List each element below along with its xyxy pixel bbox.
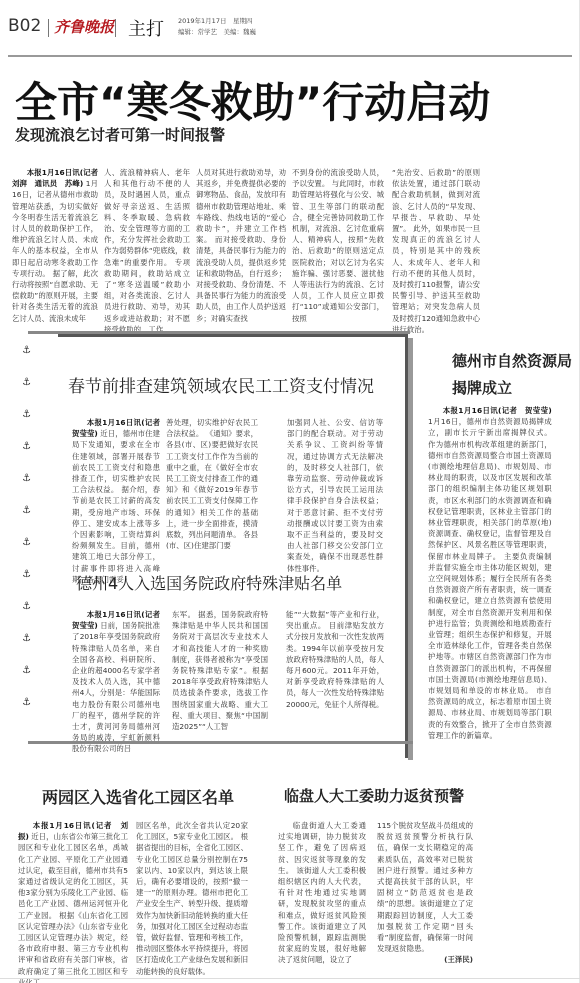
box-story-1-headline: 春节前排查建筑领域农民工工资支付情况 (68, 372, 374, 397)
clip-icon: ⚓ (22, 473, 34, 485)
box-bottom-rule (28, 741, 413, 744)
clip-icon: ⚓ (22, 537, 34, 549)
bottom-right-byline: (王泽民) (377, 954, 473, 965)
clip-icon: ⚓ (22, 409, 34, 421)
clip-icon: ⚓ (22, 569, 34, 581)
bottom-left-column-1: 本报1月16日讯(记者 刘振) 近日，山东省公布第三批化工园区和专业化工园区名单… (18, 820, 128, 983)
bottom-right-headline: 临盘人大工委助力返贫预警 (284, 785, 464, 806)
clip-icon: ⚓ (22, 633, 34, 645)
lead-column-4: 不到身份的流浪受助人员，予以安置。 与此同时，市救助管理站将强化与公安、城管、卫… (292, 167, 384, 324)
header-divider (48, 19, 49, 37)
lead-subheadline: 发现流浪乞讨者可第一时间报警 (15, 124, 225, 145)
bottom-right-column-2: 115个脱贫攻坚战斗员组成的脱贫返贫预警分析执行队伍，确保一支长期稳定的高素质队… (377, 820, 473, 966)
clip-icon: ⚓ (22, 665, 34, 677)
section-name: 主打 (128, 15, 164, 41)
box-story-2-column-3: 能”“大数据”等产业和行业，突出重点。 目前津贴发放方式分按月发放和一次性发放两… (286, 609, 384, 710)
page-bottom-rule (0, 978, 580, 979)
clip-icon: ⚓ (22, 505, 34, 517)
lead-column-1: 本报1月16日讯(记者 刘湃 通讯员 苏峰) 1月16日，记者从德州市救助管理站… (12, 167, 98, 324)
newspaper-page: B02 齐鲁晚报 主打 2019年1月17日 星期四 编辑：常学艺 美编：魏巍 … (0, 0, 580, 983)
header-meta: 2019年1月17日 星期四 编辑：常学艺 美编：魏巍 (178, 16, 256, 38)
lead-column-5: “先治安、后救助”的原则依法处置，通过部门联动配合救助机制，做到对流浪、乞讨人员… (392, 167, 480, 335)
bottom-left-headline: 两园区入选省化工园区名单 (42, 785, 234, 808)
bottom-left-column-2: 园区名单，此次全省共认定20家化工园区，5家专业化工园区。 根据省提出的目标，全… (136, 820, 248, 977)
box-story-2-column-2: 东军。 据悉，国务院政府特殊津贴是中华人民共和国国务院对于高层次专业技术人才和高… (172, 609, 268, 732)
side-story-dateline: 本报1月16日讯(记者 贺莹莹) (443, 406, 552, 415)
header-rule (8, 55, 572, 57)
lead-headline: 全市“寒冬救助”行动启动 (15, 70, 490, 130)
side-story-body: 本报1月16日讯(记者 贺莹莹) 1月16日，德州市自然资源局揭牌成立，副市长亓… (428, 405, 552, 741)
date-line: 2019年1月17日 星期四 (178, 16, 256, 27)
editor-line: 编辑：常学艺 美编：魏巍 (178, 27, 256, 38)
page-number: B02 (8, 16, 41, 36)
margin-clip-icons: ⚓ ⚓ ⚓ ⚓ ⚓ ⚓ ⚓ ⚓ ⚓ ⚓ ⚓ ⚓ (22, 345, 38, 729)
header-divider (115, 19, 116, 37)
clip-icon: ⚓ (22, 601, 34, 613)
masthead-logo: 齐鲁晚报 (54, 16, 114, 37)
box-story-1-column-1: 本报1月16日讯(记者 贺莹莹) 近日，德州市住建局下发通知，要求在全市住建领域… (72, 417, 160, 585)
clip-icon: ⚓ (22, 377, 34, 389)
box-story-1-column-2: 善处理，切实维护好农民工合法权益。 《通知》要求，各县(市、区)要把做好农民工工… (166, 417, 258, 551)
box-top-rule (28, 331, 410, 334)
lead-column-3: 人员对其进行救助劝导，劝其返乡，并免费提供必要的御寒物品、食品，发放印有德州市救… (196, 167, 286, 324)
clip-icon: ⚓ (22, 697, 34, 709)
box-shadow (408, 338, 413, 760)
box-story-1-column-3: 加强同人社、公安、信访等部门的配合联动。对于劳动关系争议、工资纠纷等情况，通过协… (287, 417, 383, 574)
box-story-2-column-1: 本报1月16日讯(记者 贺莹莹) 日前，国务院批准了2018年享受国务院政府特殊… (72, 609, 160, 755)
side-story-headline: 德州市自然资源局揭牌成立 (452, 348, 572, 402)
clip-icon: ⚓ (22, 345, 34, 357)
bottom-right-column-1: 临盘街道人大工委通过实地调研，协力脱贫攻坚工作，避免了因病返贫、因灾返贫等现象的… (278, 820, 366, 966)
lead-column-2: 人、流浪精神病人、老年人和其他行动不便的人员，及时遇困人员，重点做好寻亲送返、生… (104, 167, 190, 335)
clip-icon: ⚓ (22, 441, 34, 453)
page-header: B02 齐鲁晚报 主打 2019年1月17日 星期四 编辑：常学艺 美编：魏巍 (8, 12, 568, 42)
box-story-2-headline: 德州4人入选国务院政府特殊津贴名单 (76, 571, 342, 594)
